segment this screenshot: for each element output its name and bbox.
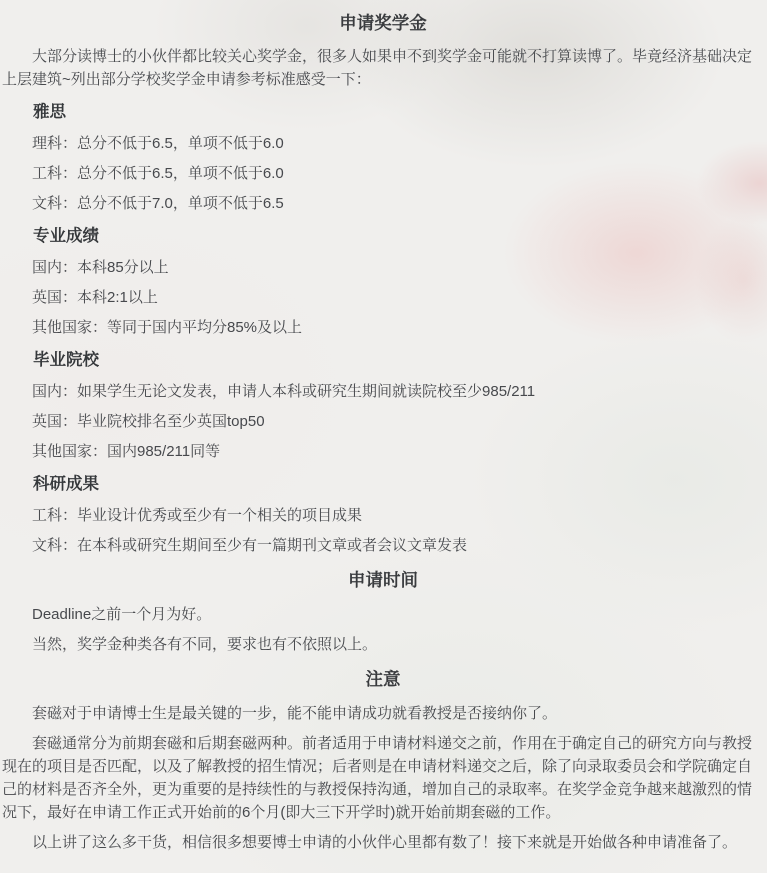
school-uk-line: 英国：毕业院校排名至少英国top50 (2, 410, 764, 433)
section-heading-research-results: 科研成果 (2, 472, 764, 496)
ielts-arts-line: 文科：总分不低于7.0，单项不低于6.5 (2, 192, 764, 215)
grades-domestic-line: 国内：本科85分以上 (2, 256, 764, 279)
deadline-paragraph: Deadline之前一个月为好。 (2, 603, 764, 626)
grades-other-countries-line: 其他国家：等同于国内平均分85%及以上 (2, 316, 764, 339)
page-title: 申请奖学金 (2, 10, 764, 36)
ielts-engineering-line: 工科：总分不低于6.5，单项不低于6.0 (2, 162, 764, 185)
research-engineering-line: 工科：毕业设计优秀或至少有一个相关的项目成果 (2, 504, 764, 527)
section-heading-ielts: 雅思 (2, 100, 764, 124)
article-body: 申请奖学金 大部分读博士的小伙伴都比较关心奖学金，很多人如果申不到奖学金可能就不… (0, 0, 767, 854)
closing-paragraph: 以上讲了这么多干货，相信很多想要博士申请的小伙伴心里都有数了！接下来就是开始做各… (2, 831, 764, 854)
grades-uk-line: 英国：本科2:1以上 (2, 286, 764, 309)
intro-paragraph: 大部分读博士的小伙伴都比较关心奖学金，很多人如果申不到奖学金可能就不打算读博了。… (2, 45, 764, 91)
section-heading-notice: 注意 (2, 666, 764, 692)
school-other-countries-line: 其他国家：国内985/211同等 (2, 440, 764, 463)
research-arts-line: 文科：在本科或研究生期间至少有一篇期刊文章或者会议文章发表 (2, 534, 764, 557)
section-heading-application-time: 申请时间 (2, 567, 764, 593)
ielts-science-line: 理科：总分不低于6.5，单项不低于6.0 (2, 132, 764, 155)
section-heading-graduation-school: 毕业院校 (2, 348, 764, 372)
school-domestic-line: 国内：如果学生无论文发表，申请人本科或研究生期间就读院校至少985/211 (2, 380, 764, 403)
taoci-detail-paragraph: 套磁通常分为前期套磁和后期套磁两种。前者适用于申请材料递交之前，作用在于确定自己… (2, 732, 764, 824)
taoci-intro-paragraph: 套磁对于申请博士生是最关键的一步，能不能申请成功就看教授是否接纳你了。 (2, 702, 764, 725)
scholarship-types-paragraph: 当然，奖学金种类各有不同，要求也有不依照以上。 (2, 633, 764, 656)
section-heading-major-grades: 专业成绩 (2, 224, 764, 248)
